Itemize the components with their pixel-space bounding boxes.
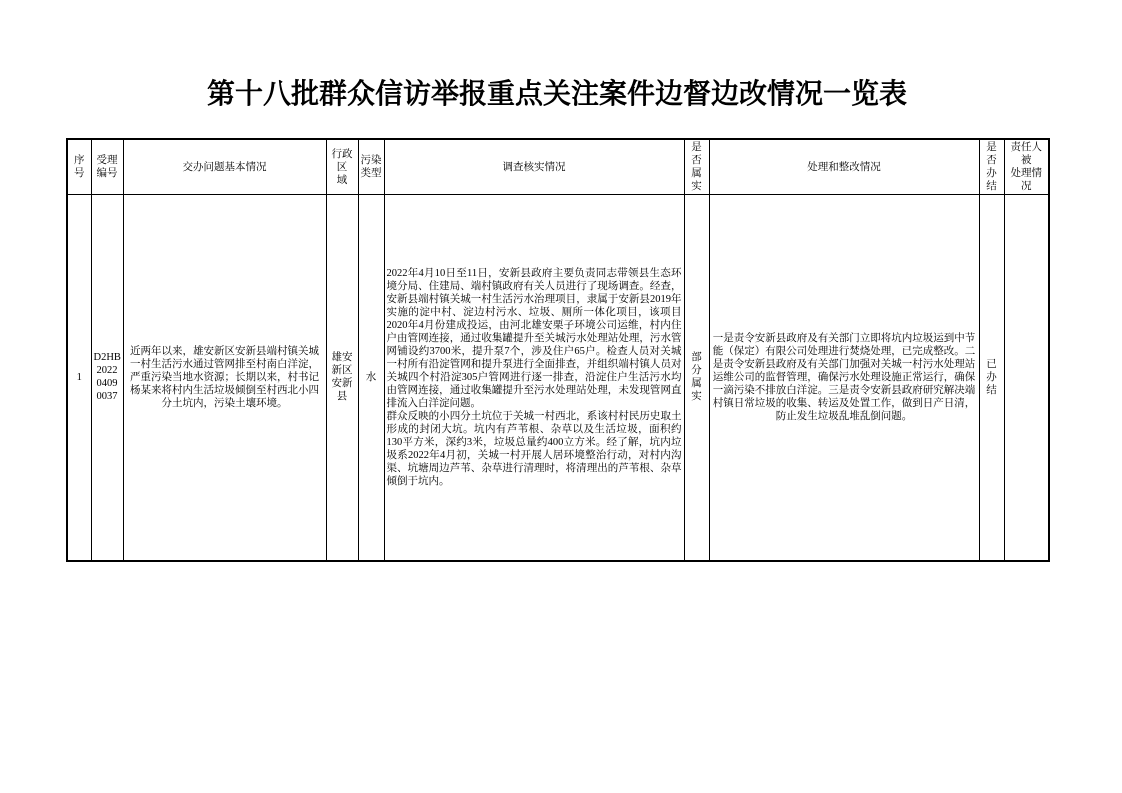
header-closed: 是否 办结 (979, 139, 1004, 195)
header-accountability: 责任人被 处理情况 (1004, 139, 1049, 195)
header-problem: 交办问题基本情况 (123, 139, 326, 195)
cell-region: 雄安 新区 安新 县 (326, 195, 358, 561)
report-table: 序 号 受理 编号 交办问题基本情况 行政区 域 污染 类型 调查核实情况 是否… (66, 138, 1050, 562)
header-row: 序 号 受理 编号 交办问题基本情况 行政区 域 污染 类型 调查核实情况 是否… (67, 139, 1049, 195)
table-row: 1 D2HB 2022 0409 0037 近两年以来，雄安新区安新县端村镇关城… (67, 195, 1049, 561)
header-verified: 是否 属实 (684, 139, 709, 195)
header-case-id: 受理 编号 (91, 139, 123, 195)
cell-accountability (1004, 195, 1049, 561)
document-page: 第十八批群众信访举报重点关注案件边督边改情况一览表 序 号 受理 编号 交办问题… (0, 0, 1122, 793)
cell-verified: 部 分 属 实 (684, 195, 709, 561)
page-title: 第十八批群众信访举报重点关注案件边督边改情况一览表 (0, 78, 1114, 112)
cell-investigation: 2022年4月10日至11日，安新县政府主要负责同志带领县生态环境分局、住建局、… (384, 195, 684, 561)
cell-rectification: 一是责令安新县政府及有关部门立即将坑内垃圾运到中节能（保定）有限公司处理进行焚烧… (709, 195, 979, 561)
investigation-paragraph-1: 2022年4月10日至11日，安新县政府主要负责同志带领县生态环境分局、住建局、… (387, 267, 682, 410)
cell-pollution-type: 水 (358, 195, 384, 561)
header-pollution-type: 污染 类型 (358, 139, 384, 195)
header-seq: 序 号 (67, 139, 91, 195)
cell-closed: 已办 结 (979, 195, 1004, 561)
cell-seq: 1 (67, 195, 91, 561)
header-investigation: 调查核实情况 (384, 139, 684, 195)
cell-problem: 近两年以来，雄安新区安新县端村镇关城一村生活污水通过管网排至村南白洋淀，严重污染… (123, 195, 326, 561)
cell-case-id: D2HB 2022 0409 0037 (91, 195, 123, 561)
investigation-paragraph-2: 群众反映的小四分土坑位于关城一村西北，系该村村民历史取土形成的封闭大坑。坑内有芦… (387, 410, 682, 488)
header-region: 行政区 域 (326, 139, 358, 195)
header-rectification: 处理和整改情况 (709, 139, 979, 195)
